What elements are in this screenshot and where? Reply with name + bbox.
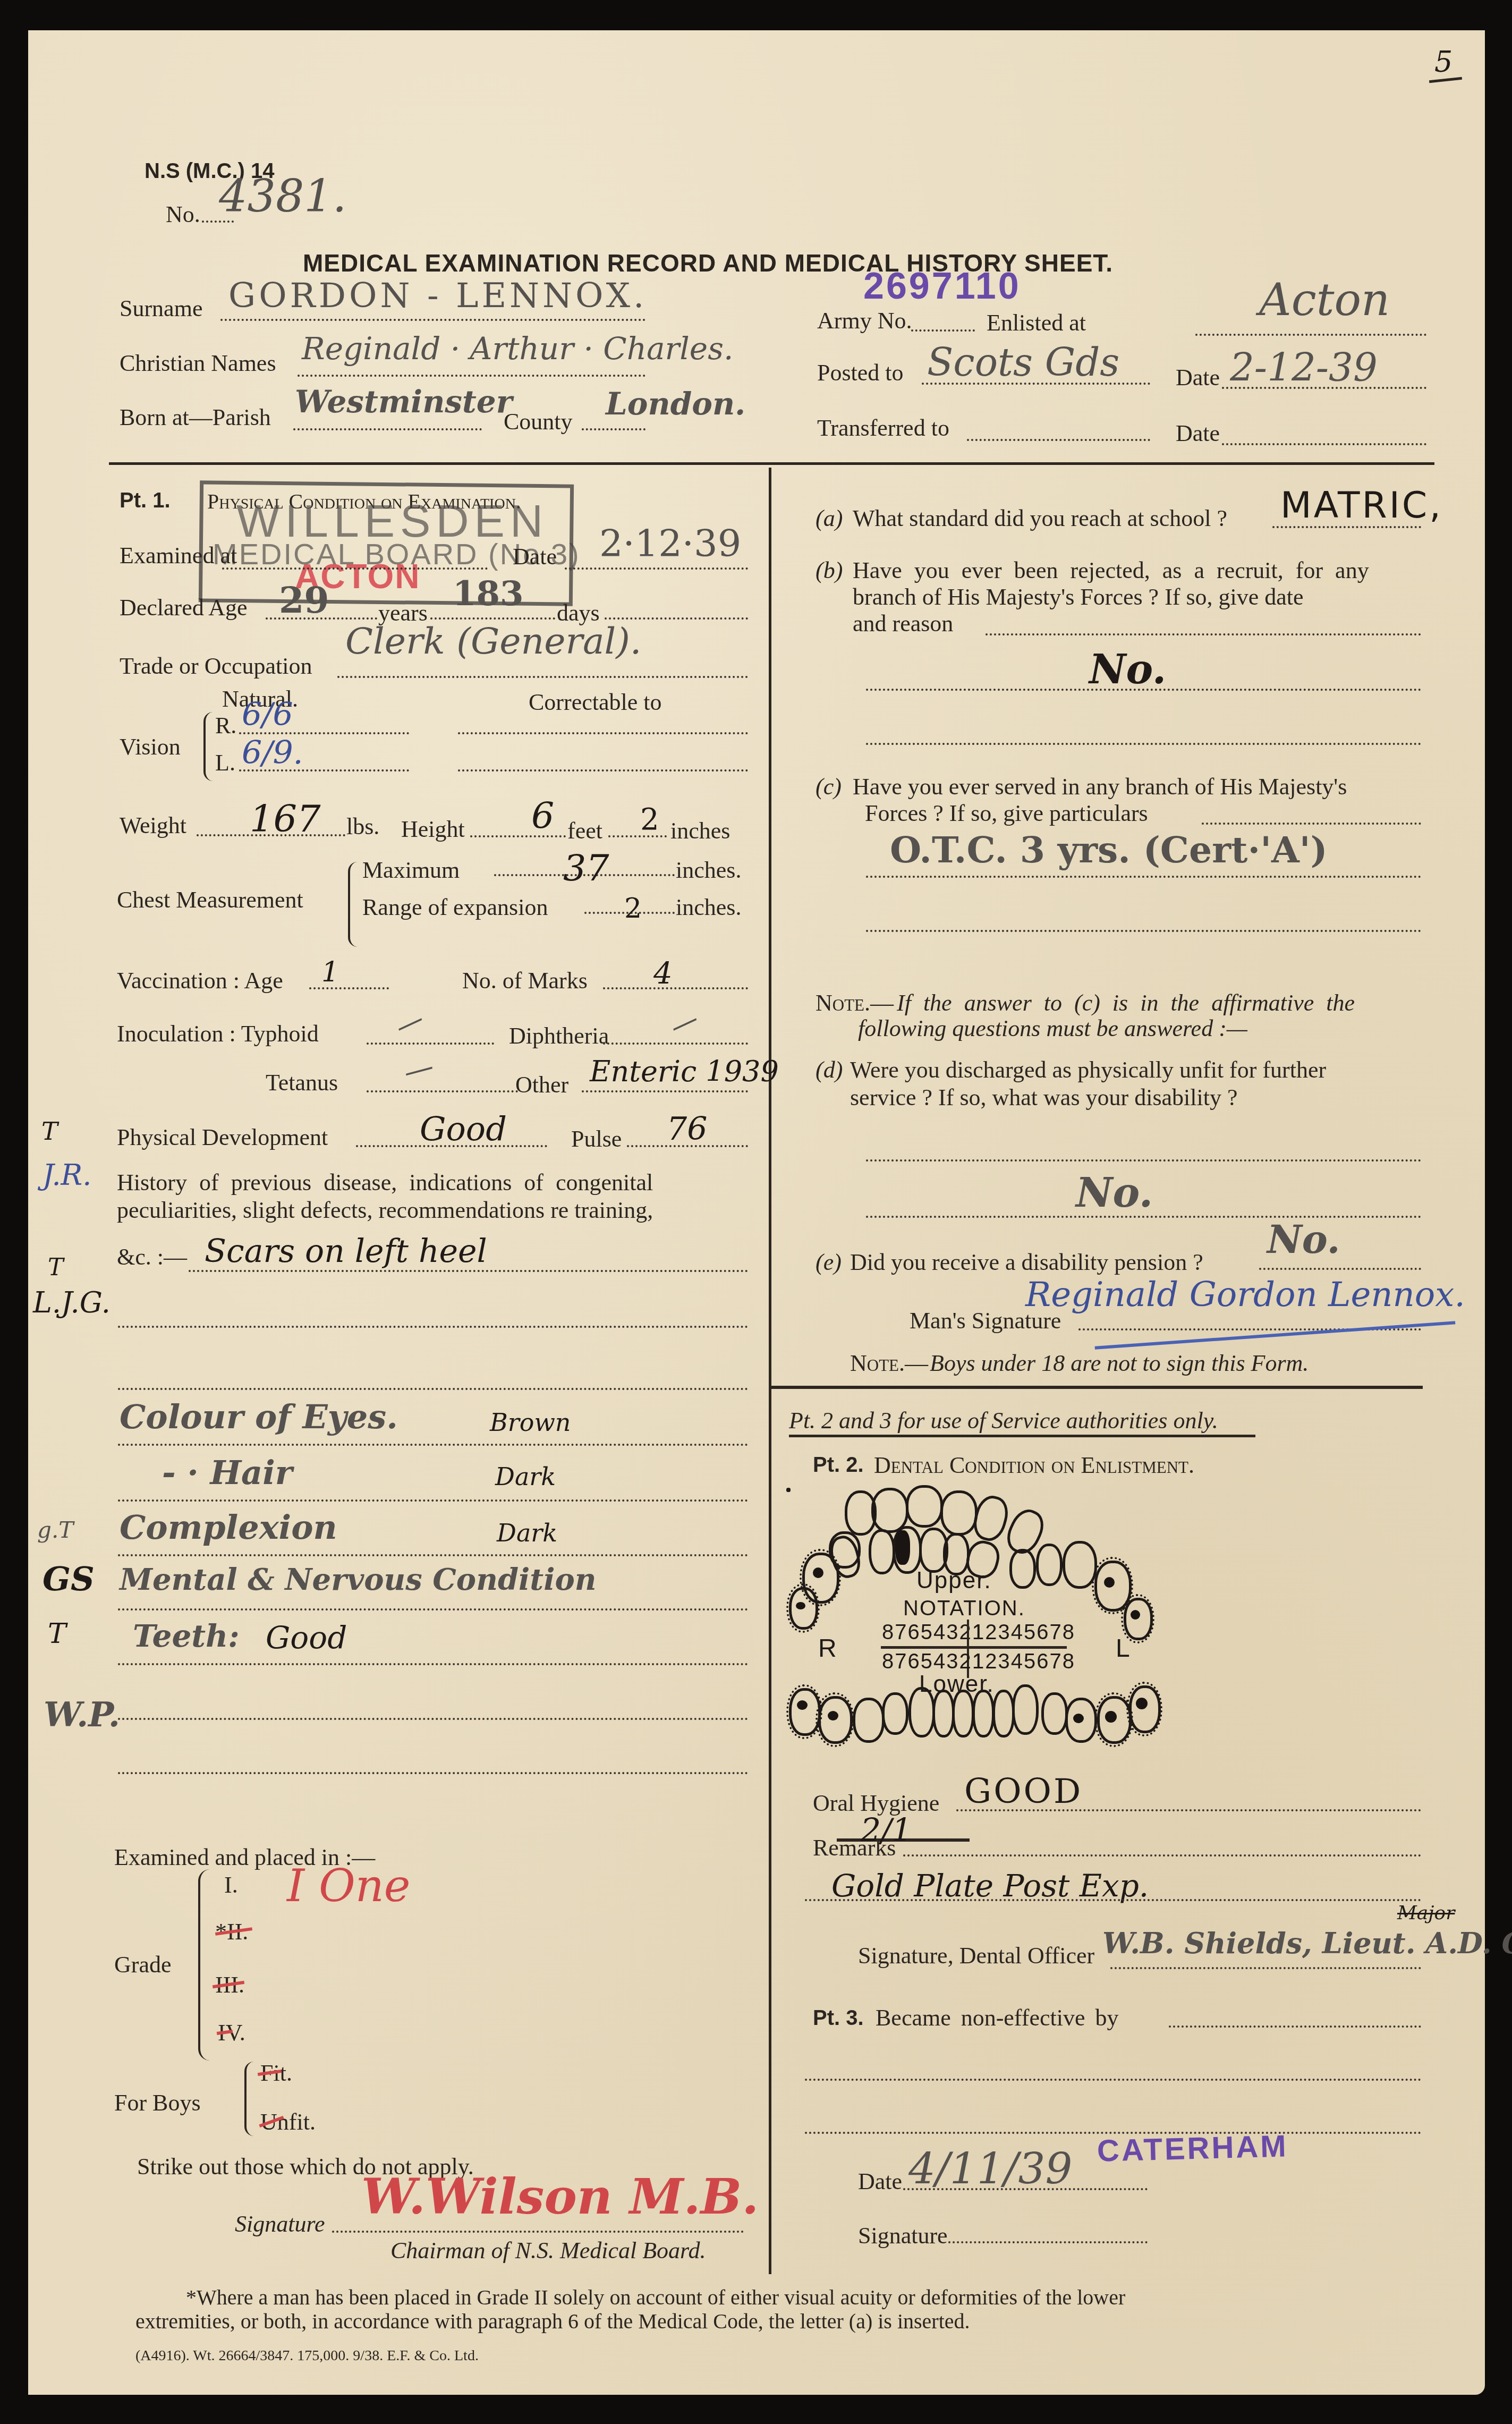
vision-r-value: 6/6 bbox=[242, 696, 293, 733]
print-reference: (A4916). Wt. 26664/3847. 175,000. 9/38. … bbox=[135, 2347, 479, 2364]
dental-l-label: L bbox=[1116, 1634, 1131, 1663]
height-label: Height bbox=[401, 816, 465, 843]
vision-r-label: R. bbox=[215, 712, 236, 739]
days-line bbox=[605, 617, 748, 620]
vision-l-value: 6/9. bbox=[242, 734, 303, 772]
note-hair-value: Dark bbox=[495, 1462, 556, 1491]
transferred-date-label: Date bbox=[1176, 420, 1220, 447]
army-no-label: Army No. bbox=[817, 307, 912, 334]
vision-l-label: L. bbox=[215, 749, 235, 776]
note1-line2: following questions must be answered :— bbox=[858, 1015, 1247, 1042]
tooth-icon bbox=[908, 1687, 935, 1738]
question-b-line-a bbox=[986, 633, 1421, 635]
weight-value: 167 bbox=[250, 797, 321, 841]
other-line bbox=[582, 1090, 748, 1092]
tooth-filling bbox=[895, 1530, 910, 1565]
tooth-icon bbox=[882, 1692, 908, 1735]
margin-mark-4: L.J.G. bbox=[33, 1286, 111, 1319]
note-eyes-label: Colour of Eyes. bbox=[120, 1397, 398, 1436]
question-c-line2: Forces ? If so, give particulars bbox=[865, 800, 1148, 827]
notation-divider-h bbox=[881, 1646, 1067, 1649]
part3-signature-line bbox=[948, 2241, 1148, 2243]
trade-value: Clerk (General). bbox=[345, 621, 641, 663]
note1-prefix: Note.— bbox=[816, 989, 894, 1016]
lbs-label: lbs. bbox=[346, 813, 379, 840]
chest-range-label: Range of expansion bbox=[362, 894, 548, 921]
note-line-4 bbox=[118, 1608, 748, 1611]
surname-label: Surname bbox=[120, 295, 202, 322]
tooth-filling bbox=[796, 1602, 805, 1609]
column-divider bbox=[769, 468, 771, 2274]
history-line-c bbox=[118, 1388, 748, 1390]
trade-line bbox=[337, 676, 748, 678]
question-b-label: (b) bbox=[816, 557, 843, 584]
note-line-1 bbox=[118, 1444, 748, 1446]
note-hair-label: - · Hair bbox=[162, 1453, 292, 1492]
surname-line bbox=[220, 319, 645, 321]
caterham-stamp: CATERHAM bbox=[1097, 2128, 1288, 2168]
note-eyes-value: Brown bbox=[490, 1408, 571, 1437]
tooth-icon bbox=[940, 1490, 978, 1536]
service-note: Pt. 2 and 3 for use of Service authoriti… bbox=[789, 1407, 1218, 1434]
part3-line-a bbox=[1169, 2025, 1421, 2028]
for-boys-label: For Boys bbox=[114, 2089, 201, 2116]
surname-value: GORDON - LENNOX. bbox=[228, 276, 647, 316]
tooth-filling bbox=[813, 1567, 823, 1578]
history-line-a bbox=[189, 1270, 748, 1272]
question-c-line-b bbox=[866, 876, 1421, 878]
chest-brace bbox=[348, 862, 358, 947]
tetanus-label: Tetanus bbox=[266, 1069, 338, 1096]
tooth-icon bbox=[1012, 1684, 1039, 1735]
chairman-signature-line bbox=[332, 2231, 744, 2233]
form-no-label: No. bbox=[166, 201, 200, 228]
exam-date-label: Date bbox=[513, 543, 557, 570]
history-line2: peculiarities, slight defects, recommend… bbox=[117, 1197, 653, 1224]
question-a-label: (a) bbox=[816, 505, 843, 532]
notation-lower-right: 87654321 bbox=[882, 1650, 985, 1674]
tooth-filling bbox=[1105, 1711, 1117, 1723]
grade-value: I One bbox=[287, 1860, 411, 1912]
marks-line bbox=[603, 987, 748, 989]
margin-mark-7: T bbox=[48, 1618, 66, 1650]
note2-text: Boys under 18 are not to sign this Form. bbox=[930, 1350, 1309, 1377]
dental-signature-line bbox=[1110, 1967, 1421, 1969]
county-value: London. bbox=[606, 386, 745, 422]
part3-date-value: 4/11/39 bbox=[908, 2144, 1072, 2193]
christian-names-line bbox=[298, 375, 645, 377]
notation-upper-left: 12345678 bbox=[972, 1621, 1075, 1645]
tooth-filling bbox=[1104, 1577, 1115, 1588]
question-c-line-a bbox=[1202, 823, 1421, 825]
dental-signature-struck-rank: Major bbox=[1397, 1902, 1455, 1924]
dental-upper-label: Upper. bbox=[916, 1567, 992, 1594]
remarks-line-b bbox=[805, 1899, 1421, 1901]
question-d-value: No. bbox=[1076, 1169, 1153, 1216]
tooth-icon bbox=[869, 1529, 895, 1574]
for-boys-brace bbox=[244, 2062, 254, 2136]
county-line bbox=[582, 428, 645, 430]
weight-label: Weight bbox=[120, 812, 186, 839]
declared-age-label: Declared Age bbox=[120, 594, 248, 621]
grade-brace bbox=[198, 1869, 210, 2061]
note-teeth-label: Teeth: bbox=[133, 1618, 240, 1654]
question-e-value: No. bbox=[1267, 1217, 1340, 1262]
history-label: &c. :— bbox=[117, 1243, 187, 1270]
tooth-filling bbox=[1136, 1698, 1148, 1709]
form-no-value: 4381. bbox=[219, 170, 346, 222]
tooth-icon bbox=[906, 1485, 943, 1528]
posted-to-value: Scots Gds bbox=[927, 340, 1119, 385]
question-d-label: (d) bbox=[816, 1056, 843, 1083]
examined-at-label: Examined at bbox=[120, 542, 237, 569]
tooth-icon bbox=[1009, 1549, 1036, 1589]
chairman-signature-value: W.Wilson M.B. bbox=[361, 2168, 759, 2225]
question-c-line-c bbox=[866, 930, 1421, 932]
part3-heading: Became non-effective by bbox=[876, 2004, 1118, 2031]
vaccination-label: Vaccination : Age bbox=[117, 967, 283, 994]
vision-correctable-label: Correctable to bbox=[529, 689, 661, 716]
pulse-label: Pulse bbox=[571, 1125, 622, 1152]
question-e-label: (e) bbox=[816, 1249, 842, 1276]
posted-to-label: Posted to bbox=[817, 359, 904, 386]
tooth-filling bbox=[1073, 1714, 1084, 1723]
tooth-filling bbox=[828, 1711, 838, 1720]
chest-range-unit: inches. bbox=[676, 894, 741, 921]
section-divider-top bbox=[109, 462, 1434, 465]
question-b-line1: Have you ever been rejected, as a recrui… bbox=[853, 557, 1369, 584]
part3-number: Pt. 3. bbox=[813, 2006, 864, 2030]
part3-signature-label: Signature bbox=[858, 2222, 948, 2249]
part1-number: Pt. 1. bbox=[120, 489, 171, 513]
oral-hygiene-value: GOOD bbox=[964, 1772, 1083, 1811]
remarks-value: 2/1 bbox=[861, 1812, 912, 1849]
part2-number: Pt. 2. bbox=[813, 1453, 864, 1477]
tooth-icon bbox=[853, 1698, 885, 1743]
transferred-date-line bbox=[1222, 443, 1426, 445]
question-d-line1: Were you discharged as physically unfit … bbox=[850, 1056, 1326, 1083]
question-c-value: O.T.C. 3 yrs. (Cert·'A') bbox=[890, 829, 1328, 871]
tooth-icon bbox=[972, 1690, 995, 1738]
question-e-text: Did you receive a disability pension ? bbox=[850, 1249, 1203, 1276]
notation-lower-left: 12345678 bbox=[972, 1650, 1075, 1674]
vision-label: Vision bbox=[120, 733, 181, 760]
note-teeth-value: Good bbox=[266, 1620, 347, 1656]
posted-date-value: 2-12-39 bbox=[1230, 345, 1378, 390]
marks-label: No. of Marks bbox=[462, 967, 588, 994]
trade-label: Trade or Occupation bbox=[120, 652, 312, 680]
exam-date-line bbox=[565, 567, 748, 570]
tetanus-line bbox=[367, 1090, 518, 1092]
dental-signature-value: W.B. Shields, Lieut. A.D. Corps bbox=[1102, 1926, 1512, 1960]
chest-max-label: Maximum bbox=[362, 857, 460, 884]
note-mental-label: Mental & Nervous Condition bbox=[120, 1562, 597, 1597]
question-c-line1: Have you ever served in any branch of Hi… bbox=[853, 773, 1347, 800]
physical-dev-label: Physical Development bbox=[117, 1124, 328, 1151]
note-complexion-value: Dark bbox=[497, 1519, 557, 1547]
note1-line1: If the answer to (c) is in the affirmati… bbox=[897, 989, 1355, 1016]
tooth-icon bbox=[970, 1493, 1012, 1545]
transferred-to-line bbox=[967, 439, 1150, 441]
note-line-6 bbox=[118, 1718, 748, 1720]
pulse-value: 76 bbox=[667, 1111, 707, 1148]
christian-names-label: Christian Names bbox=[120, 350, 276, 377]
question-d-line-a bbox=[866, 1159, 1421, 1162]
question-d-line2: service ? If so, what was your disabilit… bbox=[850, 1084, 1237, 1111]
tooth-icon bbox=[992, 1690, 1015, 1738]
grade-label: Grade bbox=[114, 1951, 172, 1978]
posted-date-label: Date bbox=[1176, 364, 1220, 391]
chairman-signature-label: Signature bbox=[235, 2210, 325, 2237]
chest-label: Chest Measurement bbox=[117, 886, 303, 913]
service-note-underline bbox=[789, 1435, 1255, 1437]
notation-upper-right: 87654321 bbox=[882, 1621, 985, 1645]
marks-value: 4 bbox=[653, 956, 673, 991]
margin-mark-5: g.T bbox=[37, 1517, 73, 1543]
remarks-line bbox=[903, 1854, 1421, 1857]
dental-signature-label: Signature, Dental Officer bbox=[858, 1942, 1094, 1969]
part2-divider bbox=[770, 1386, 1423, 1389]
inoculation-label: Inoculation : Typhoid bbox=[117, 1020, 319, 1047]
tooth-icon bbox=[1129, 1685, 1161, 1733]
note2-prefix: Note.— bbox=[850, 1350, 928, 1377]
chest-max-unit: inches. bbox=[676, 857, 741, 884]
history-line-b bbox=[118, 1326, 748, 1328]
question-a-value: MATRIC, bbox=[1280, 485, 1443, 527]
typhoid-line bbox=[367, 1043, 494, 1045]
part2-heading: Dental Condition on Enlistment. bbox=[874, 1452, 1194, 1479]
other-label: Other bbox=[515, 1071, 568, 1098]
born-parish-value: Westminster bbox=[295, 384, 512, 420]
enlisted-at-value: Acton bbox=[1259, 274, 1390, 326]
part3-line-b bbox=[805, 2079, 1421, 2081]
tooth-icon bbox=[829, 1531, 861, 1569]
chairman-label: Chairman of N.S. Medical Board. bbox=[390, 2237, 706, 2264]
margin-mark-3: T bbox=[48, 1254, 63, 1281]
note-line-2 bbox=[118, 1499, 748, 1502]
dental-chart: Upper. NOTATION. 87654321 12345678 87654… bbox=[786, 1488, 1424, 1743]
feet-label: feet bbox=[567, 817, 602, 844]
vision-l-correct-line bbox=[458, 769, 748, 772]
exam-date-value: 2·12·39 bbox=[599, 522, 741, 565]
question-c-label: (c) bbox=[816, 773, 842, 800]
age-days-value: 183 bbox=[453, 574, 524, 614]
margin-mark-6: GS bbox=[43, 1560, 95, 1598]
footnote-line1: *Where a man has been placed in Grade II… bbox=[186, 2285, 1125, 2310]
army-no-value: 2697110 bbox=[863, 265, 1021, 307]
history-line1: History of previous disease, indications… bbox=[117, 1169, 653, 1196]
army-no-line bbox=[911, 329, 975, 332]
question-b-line-c bbox=[866, 743, 1421, 745]
chest-max-value: 37 bbox=[563, 847, 609, 889]
part3-date-label: Date bbox=[858, 2168, 902, 2195]
born-at-label: Born at—Parish bbox=[120, 404, 271, 431]
note-complexion-label: Complexion bbox=[120, 1508, 337, 1547]
physical-dev-value: Good bbox=[420, 1109, 507, 1148]
footnote-line2: extremities, or both, in accordance with… bbox=[135, 2309, 970, 2334]
tooth-filling bbox=[797, 1700, 808, 1710]
county-label: County bbox=[504, 408, 573, 435]
margin-mark-2: J.R. bbox=[43, 1158, 91, 1192]
age-days-line bbox=[430, 617, 555, 620]
grade-option-1[interactable]: I. bbox=[224, 1871, 238, 1898]
history-value: Scars on left heel bbox=[205, 1233, 487, 1270]
remarks-line2-value: Gold Plate Post Exp. bbox=[831, 1868, 1149, 1904]
born-parish-line bbox=[293, 428, 482, 430]
other-value: Enteric 1939 bbox=[590, 1055, 779, 1088]
tooth-ring bbox=[786, 1488, 791, 1492]
margin-mark-8: W.P. bbox=[44, 1695, 120, 1735]
question-b-line3: and reason bbox=[853, 610, 953, 637]
mans-signature-value: Reginald Gordon Lennox. bbox=[1025, 1275, 1465, 1315]
note-line-5 bbox=[118, 1663, 748, 1665]
enlisted-at-line bbox=[1195, 334, 1426, 336]
margin-mark-1: T bbox=[41, 1117, 58, 1146]
inches-label: inches bbox=[670, 817, 730, 844]
note-line-7 bbox=[118, 1772, 748, 1774]
dental-r-label: R bbox=[818, 1634, 838, 1663]
chest-range-value: 2 bbox=[624, 893, 642, 925]
enlisted-at-label: Enlisted at bbox=[987, 309, 1086, 336]
examined-at-line bbox=[222, 567, 488, 570]
dental-notation-label: NOTATION. bbox=[903, 1597, 1025, 1621]
transferred-to-label: Transferred to bbox=[817, 414, 949, 442]
tooth-icon bbox=[1041, 1692, 1068, 1735]
age-years-value: 29 bbox=[279, 579, 329, 622]
tooth-filling bbox=[1131, 1610, 1140, 1620]
diphtheria-line bbox=[603, 1043, 748, 1045]
vaccination-age-value: 1 bbox=[321, 956, 339, 988]
note-line-3 bbox=[118, 1554, 748, 1556]
diphtheria-label: Diphtheria bbox=[509, 1022, 609, 1049]
question-a-text: What standard did you reach at school ? bbox=[853, 505, 1227, 532]
tooth-icon bbox=[1036, 1544, 1063, 1586]
tooth-icon bbox=[932, 1690, 955, 1738]
question-b-line2: branch of His Majesty's Forces ? If so, … bbox=[853, 583, 1304, 611]
page-number: 5 bbox=[1434, 45, 1452, 79]
vision-r-correct-line bbox=[458, 732, 748, 734]
tooth-icon bbox=[952, 1690, 974, 1738]
vision-brace bbox=[203, 712, 213, 781]
height-feet-value: 6 bbox=[531, 795, 554, 837]
question-e-line bbox=[1259, 1268, 1421, 1270]
height-inches-value: 2 bbox=[640, 802, 659, 837]
christian-names-value: Reginald · Arthur · Charles. bbox=[302, 330, 733, 367]
question-b-value: No. bbox=[1089, 646, 1166, 693]
